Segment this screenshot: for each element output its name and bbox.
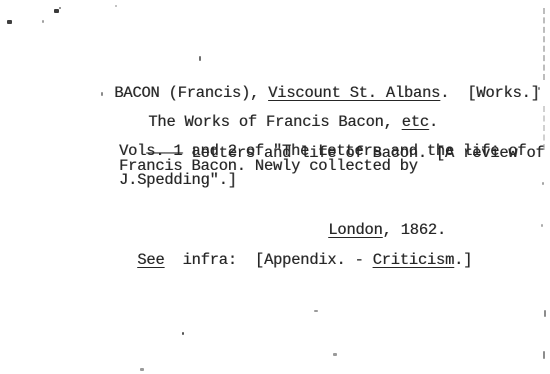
- scan-speck: [544, 310, 546, 317]
- scan-speck: [54, 9, 59, 13]
- scan-speck: [59, 7, 61, 9]
- scan-speck: [333, 353, 337, 356]
- reference-line: See infra: [Appendix. - Criticism.]: [101, 236, 472, 284]
- heading-works-tag: . [Works.]: [440, 84, 540, 102]
- reference-see-underlined: See: [137, 251, 164, 269]
- scan-speck: [101, 92, 103, 96]
- scan-speck: [199, 56, 201, 61]
- scan-speck: [42, 20, 44, 23]
- scan-speck: [538, 87, 540, 90]
- reference-criticism-underlined: Criticism: [373, 251, 454, 269]
- scan-speck: [543, 351, 545, 359]
- scan-speck: [182, 332, 184, 335]
- scan-speck: [314, 310, 318, 312]
- scan-speck: [140, 368, 144, 371]
- reference-middle: infra: [Appendix. -: [164, 251, 372, 269]
- scan-speck: [115, 5, 117, 7]
- catalogue-card-scan: BACON (Francis), Viscount St. Albans. [W…: [0, 0, 550, 374]
- scan-speck: [541, 224, 543, 227]
- entry-line-4: J.Spedding".]: [119, 172, 237, 188]
- reference-suffix: .]: [454, 251, 472, 269]
- card-edge-line: [543, 106, 545, 150]
- card-edge-line: [543, 8, 545, 80]
- scan-speck: [7, 20, 12, 24]
- scan-speck: [542, 182, 544, 185]
